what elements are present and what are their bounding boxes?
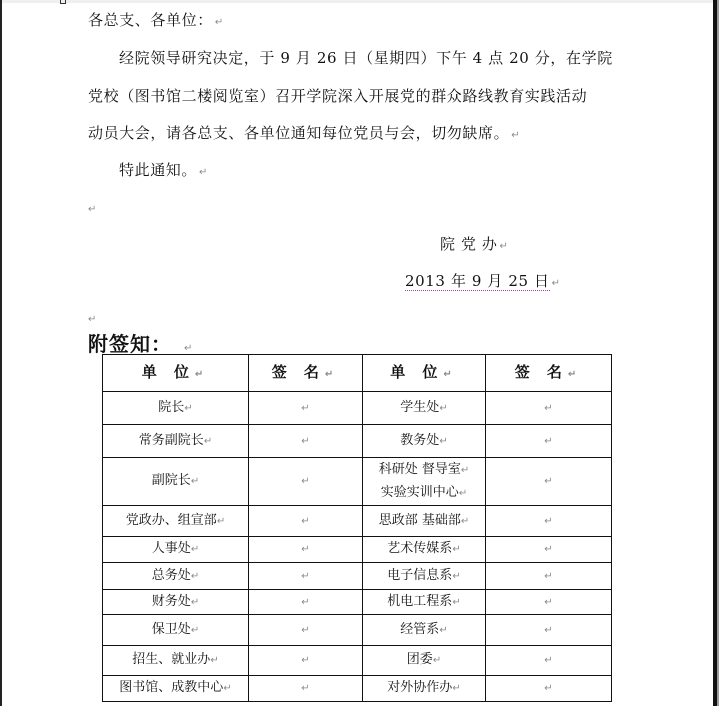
table-row: 图书馆、成教中心↵ ↵ 对外协作办↵ ↵ [103,676,612,702]
appendix-heading[interactable]: 附签知：↵ [88,328,193,357]
header-sign-right[interactable]: 签 名↵ [486,355,612,392]
cell-mark-icon: ↵ [433,655,441,666]
sign-cell[interactable]: ↵ [486,615,612,646]
sign-cell[interactable]: ↵ [249,646,363,676]
cell-mark-icon: ↵ [210,655,218,666]
paragraph-mark-icon: ↵ [511,130,520,141]
cell-mark-icon: ↵ [544,571,552,582]
table-row: 常务副院长↵ ↵ 教务处↵ ↵ [103,425,612,458]
header-unit-right[interactable]: 单 位↵ [363,355,486,392]
sign-cell[interactable]: ↵ [249,615,363,646]
cell-mark-icon: ↵ [459,488,467,499]
page-top-strip [0,0,719,3]
table-row: 人事处↵ ↵ 艺术传媒系↵ ↵ [103,537,612,563]
cell-mark-icon: ↵ [301,625,309,636]
cell-mark-icon: ↵ [191,544,199,555]
sign-cell[interactable]: ↵ [486,537,612,563]
closing-line[interactable]: 特此通知。↵ [119,161,208,182]
sign-cell[interactable]: ↵ [249,537,363,563]
cell-mark-icon: ↵ [301,436,309,447]
cell-mark-icon: ↵ [217,516,225,527]
page-left-edge [0,0,2,706]
cell-mark-icon: ↵ [191,597,199,608]
unit-cell[interactable]: 院长↵ [103,392,249,425]
sign-cell[interactable]: ↵ [486,676,612,702]
cell-mark-icon: ↵ [191,625,199,636]
sign-cell[interactable]: ↵ [486,425,612,458]
unit-cell[interactable]: 常务副院长↵ [103,425,249,458]
cell-mark-icon: ↵ [301,516,309,527]
cell-mark-icon: ↵ [184,403,192,414]
unit-cell[interactable]: 思政部 基础部↵ [363,506,486,537]
table-row: 党政办、组宣部↵ ↵ 思政部 基础部↵ ↵ [103,506,612,537]
cell-mark-icon: ↵ [439,436,447,447]
cell-mark-icon: ↵ [544,436,552,447]
cell-mark-icon: ↵ [204,436,212,447]
table-row: 财务处↵ ↵ 机电工程系↵ ↵ [103,590,612,615]
cell-mark-icon: ↵ [301,597,309,608]
paragraph-mark-icon: ↵ [552,278,561,289]
table-row: 保卫处↵ ↵ 经管系↵ ↵ [103,615,612,646]
cell-mark-icon: ↵ [544,655,552,666]
sign-cell[interactable]: ↵ [249,590,363,615]
cell-mark-icon: ↵ [544,625,552,636]
cell-mark-icon: ↵ [191,476,199,487]
body-line-1[interactable]: 经院领导研究决定，于 9 月 26 日（星期四）下午 4 点 20 分，在学院 [119,49,613,67]
cell-mark-icon: ↵ [301,403,309,414]
date-text: 2013 年 9 月 25 日 [405,272,550,291]
header-unit-left[interactable]: 单 位↵ [103,355,249,392]
cell-mark-icon: ↵ [301,544,309,555]
unit-cell[interactable]: 对外协作办↵ [363,676,486,702]
unit-cell[interactable]: 团委↵ [363,646,486,676]
unit-cell[interactable]: 学生处↵ [363,392,486,425]
cell-mark-icon: ↵ [544,544,552,555]
paragraph-mark-icon: ↵ [88,314,97,325]
sign-cell[interactable]: ↵ [486,458,612,506]
cell-mark-icon: ↵ [195,369,209,380]
cell-mark-icon: ↵ [452,683,460,694]
table-row: 院长↵ ↵ 学生处↵ ↵ [103,392,612,425]
cell-mark-icon: ↵ [568,369,582,380]
sign-cell[interactable]: ↵ [486,646,612,676]
cell-mark-icon: ↵ [452,571,460,582]
sign-cell[interactable]: ↵ [249,676,363,702]
cell-mark-icon: ↵ [544,597,552,608]
cell-mark-icon: ↵ [439,403,447,414]
cell-mark-icon: ↵ [439,625,447,636]
cell-mark-icon: ↵ [301,571,309,582]
sign-cell[interactable]: ↵ [249,563,363,590]
unit-cell[interactable]: 机电工程系↵ [363,590,486,615]
cell-mark-icon: ↵ [301,476,309,487]
sign-cell[interactable]: ↵ [486,563,612,590]
paragraph-mark-icon: ↵ [199,167,208,178]
paragraph-mark-icon: ↵ [184,343,193,354]
header-sign-left[interactable]: 签 名↵ [249,355,363,392]
paragraph-mark-icon: ↵ [88,204,97,215]
cell-mark-icon: ↵ [452,544,460,555]
sign-cell[interactable]: ↵ [486,506,612,537]
unit-cell[interactable]: 招生、就业办↵ [103,646,249,676]
cell-mark-icon: ↵ [301,683,309,694]
unit-cell[interactable]: 副院长↵ [103,458,249,506]
cell-mark-icon: ↵ [544,516,552,527]
empty-paragraph[interactable]: ↵ [86,198,97,219]
unit-cell[interactable]: 电子信息系↵ [363,563,486,590]
paragraph-mark-icon: ↵ [500,241,509,252]
unit-cell[interactable]: 经管系↵ [363,615,486,646]
sign-cell[interactable]: ↵ [249,506,363,537]
cell-mark-icon: ↵ [544,403,552,414]
paragraph-mark-icon: ↵ [215,17,224,28]
unit-cell[interactable]: 财务处↵ [103,590,249,615]
unit-cell[interactable]: 科研处 督导室↵实验实训中心↵ [363,458,486,506]
cell-mark-icon: ↵ [544,476,552,487]
cell-mark-icon: ↵ [191,571,199,582]
unit-cell[interactable]: 教务处↵ [363,425,486,458]
table-row: 总务处↵ ↵ 电子信息系↵ ↵ [103,563,612,590]
unit-cell[interactable]: 总务处↵ [103,563,249,590]
unit-cell[interactable]: 艺术传媒系↵ [363,537,486,563]
unit-cell[interactable]: 保卫处↵ [103,615,249,646]
empty-paragraph[interactable]: ↵ [86,308,97,329]
sign-cell[interactable]: ↵ [486,590,612,615]
crop-mark-icon [60,0,66,4]
date-line[interactable]: 2013 年 9 月 25 日↵ [405,272,561,293]
unit-cell[interactable]: 图书馆、成教中心↵ [103,676,249,702]
unit-cell[interactable]: 党政办、组宣部↵ [103,506,249,537]
sign-cell[interactable]: ↵ [486,392,612,425]
cell-mark-icon: ↵ [461,516,469,527]
cell-mark-icon: ↵ [325,369,339,380]
cell-mark-icon: ↵ [443,369,457,380]
body-line-2[interactable]: 党校（图书馆二楼阅览室）召开学院深入开展党的群众路线教育实践活动 [88,87,587,105]
table-header-row: 单 位↵ 签 名↵ 单 位↵ 签 名↵ [103,355,612,392]
cell-mark-icon: ↵ [544,683,552,694]
unit-cell[interactable]: 人事处↵ [103,537,249,563]
cell-mark-icon: ↵ [452,597,460,608]
salutation[interactable]: 各总支、各单位：↵ [88,11,224,32]
cell-mark-icon: ↵ [223,683,231,694]
sign-in-table: 单 位↵ 签 名↵ 单 位↵ 签 名↵ 院长↵ ↵ 学生处↵ ↵ 常务副院长↵ … [102,354,612,702]
sign-cell[interactable]: ↵ [249,458,363,506]
table-row: 招生、就业办↵ ↵ 团委↵ ↵ [103,646,612,676]
signature-line[interactable]: 院 党 办↵ [440,235,509,256]
sign-cell[interactable]: ↵ [249,392,363,425]
body-line-3[interactable]: 动员大会，请各总支、各单位通知每位党员与会，切勿缺席。↵ [88,124,520,145]
table-row: 副院长↵ ↵ 科研处 督导室↵实验实训中心↵ ↵ [103,458,612,506]
cell-mark-icon: ↵ [301,655,309,666]
cell-mark-icon: ↵ [461,465,469,476]
sign-cell[interactable]: ↵ [249,425,363,458]
